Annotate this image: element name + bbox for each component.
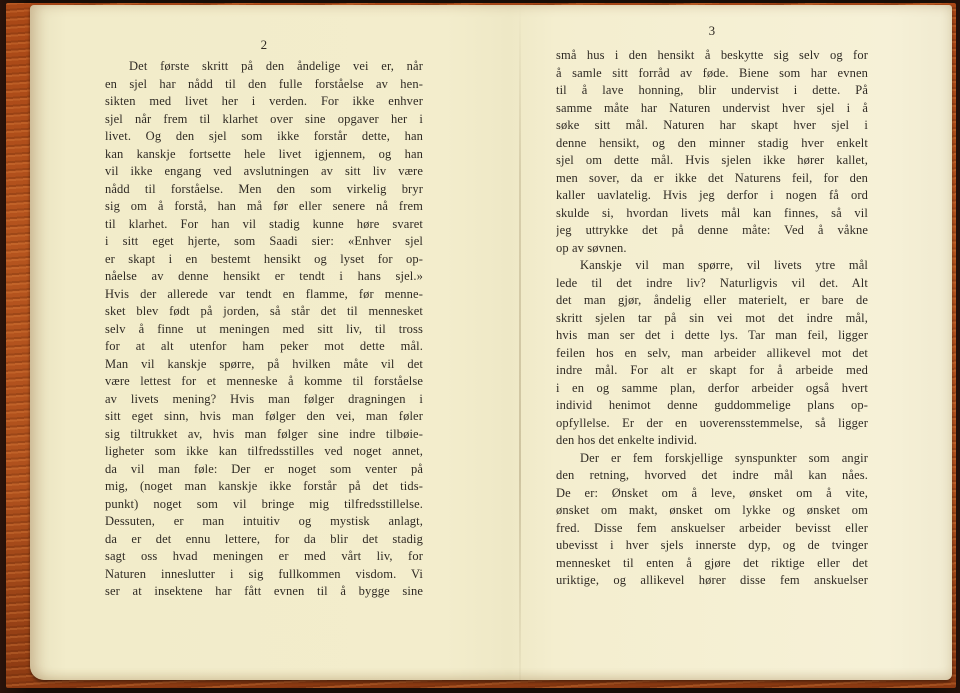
text-line: da vil man føle: Der er noget som venter… bbox=[105, 461, 423, 479]
text-line: skritt sjelen tar på sin vei mot det ind… bbox=[556, 310, 868, 328]
text-line: sjel om dette mål. Hvis sjelen ikke høre… bbox=[556, 152, 868, 170]
text-line: denne hensikt, og den minner stadig hver… bbox=[556, 135, 868, 153]
text-line: Der er fem forskjellige synspunkter som … bbox=[556, 450, 868, 468]
text-line: sjel når frem til klarhet over sine opga… bbox=[105, 111, 423, 129]
text-line: lede til det indre liv? Naturligvis vil … bbox=[556, 275, 868, 293]
text-line: Naturen inneslutter i sig fullkommen vis… bbox=[105, 566, 423, 584]
book-scan: 2 Det første skritt på den åndelige vei … bbox=[0, 0, 960, 693]
text-line: nåelse av denne hensikt er tendt i hans … bbox=[105, 268, 423, 286]
text-line: søke sitt mål. Naturen har skapt hver sj… bbox=[556, 117, 868, 135]
page-right-text-block: små hus i den hensikt å beskytte sig sel… bbox=[556, 47, 868, 590]
text-line: det man gjør, åndelig eller materielt, e… bbox=[556, 292, 868, 310]
text-line: en sjel har nådd til den fulle forståels… bbox=[105, 76, 423, 94]
page-number-right: 3 bbox=[556, 23, 868, 39]
text-line: sig om å forstå, han må før eller senere… bbox=[105, 198, 423, 216]
text-line: den hos det enkelte individ. bbox=[556, 432, 868, 450]
text-line: til klarhet. For han vil stadig kunne hø… bbox=[105, 216, 423, 234]
text-line: op av søvnen. bbox=[556, 240, 868, 258]
text-line: De er: Ønsket om å leve, ønsket om å vit… bbox=[556, 485, 868, 503]
text-line: kaller uavlatelig. Hvis jeg derfor i nog… bbox=[556, 187, 868, 205]
text-line: nådd til forståelse. Men den som virkeli… bbox=[105, 181, 423, 199]
text-line: samme måte har Naturen undervist hver sj… bbox=[556, 100, 868, 118]
text-line: i sitt eget hjerte, som Saadi sier: «Enh… bbox=[105, 233, 423, 251]
text-line: kan kanskje fortsette hele livet igjenne… bbox=[105, 146, 423, 164]
text-line: fred. Disse fem anskuelser arbeider bevi… bbox=[556, 520, 868, 538]
text-line: punkt) noget som vil bringe mig tilfreds… bbox=[105, 496, 423, 514]
text-line: sig tiltrukket av, hvis man følger sine … bbox=[105, 426, 423, 444]
text-line: for at alt utenfor ham peker mot dette m… bbox=[105, 338, 423, 356]
text-line: den retning, hvorved det indre mål kan n… bbox=[556, 467, 868, 485]
text-line: sitt eget sinn, hvis man følger den vei,… bbox=[105, 408, 423, 426]
text-line: livet. Og den sjel som ikke forstår dett… bbox=[105, 128, 423, 146]
text-line: å samle sitt forråd av føde. Biene som h… bbox=[556, 65, 868, 83]
text-line: Dessuten, er man intuitiv og mystisk anl… bbox=[105, 513, 423, 531]
text-line: mig, (noget man kanskje ikke forstår på … bbox=[105, 478, 423, 496]
text-line: indre mål. For alt er skapt for å arbeid… bbox=[556, 362, 868, 380]
text-line: være lettest for et menneske å komme til… bbox=[105, 373, 423, 391]
text-line: ligheter som ikke kan tilfredsstilles ve… bbox=[105, 443, 423, 461]
text-line: er skapt i en bestemt hensikt og lyset f… bbox=[105, 251, 423, 269]
text-line: til å lave honning, blir undervist i det… bbox=[556, 82, 868, 100]
text-line: uriktige, og allikevel hører disse fem a… bbox=[556, 572, 868, 590]
text-line: men sover, da er ikke det Naturens feil,… bbox=[556, 170, 868, 188]
text-line: ser at insektene har fått evnen til å by… bbox=[105, 583, 423, 601]
text-line: selv å finne ut meningen med sitt liv, t… bbox=[105, 321, 423, 339]
text-line: i en og samme plan, derfor arbeider også… bbox=[556, 380, 868, 398]
text-line: sikten med livet her i verden. For ikke … bbox=[105, 93, 423, 111]
page-number-left: 2 bbox=[105, 37, 423, 53]
text-line: ubevisst i hver sjels innerste dyp, og d… bbox=[556, 537, 868, 555]
text-line: hvis man ser det i dette lys. Tar man fe… bbox=[556, 327, 868, 345]
text-line: individ henimot denne guddommelige plans… bbox=[556, 397, 868, 415]
text-line: jeg uttrykke det på denne måte: Ved å vå… bbox=[556, 222, 868, 240]
text-line: Kanskje vil man spørre, vil livets ytre … bbox=[556, 257, 868, 275]
text-line: Man vil kanskje spørre, på hvilken måte … bbox=[105, 356, 423, 374]
page-gutter-shadow bbox=[519, 5, 521, 680]
text-line: mennesket til enten å gjøre det riktige … bbox=[556, 555, 868, 573]
text-line: vil ikke engang ved avslutningen av sitt… bbox=[105, 163, 423, 181]
text-line: feilen hos en selv, man arbeider allikev… bbox=[556, 345, 868, 363]
text-line: små hus i den hensikt å beskytte sig sel… bbox=[556, 47, 868, 65]
text-line: opfyllelse. Er der en uoverensstemmelse,… bbox=[556, 415, 868, 433]
text-line: sagt oss hvad meningen er med vårt liv, … bbox=[105, 548, 423, 566]
text-line: skulde si, hvordan livets mål kan finnes… bbox=[556, 205, 868, 223]
text-line: av livets mening? Hvis man følger dragni… bbox=[105, 391, 423, 409]
text-line: da er det ennu lettere, for da blir det … bbox=[105, 531, 423, 549]
text-line: Det første skritt på den åndelige vei er… bbox=[105, 58, 423, 76]
page-left-text-block: Det første skritt på den åndelige vei er… bbox=[105, 58, 423, 601]
text-line: sket blev født på jorden, så står det ti… bbox=[105, 303, 423, 321]
text-line: Hvis der allerede var tendt en flamme, f… bbox=[105, 286, 423, 304]
text-line: ønsket om makt, ønsket om lykke og ønske… bbox=[556, 502, 868, 520]
